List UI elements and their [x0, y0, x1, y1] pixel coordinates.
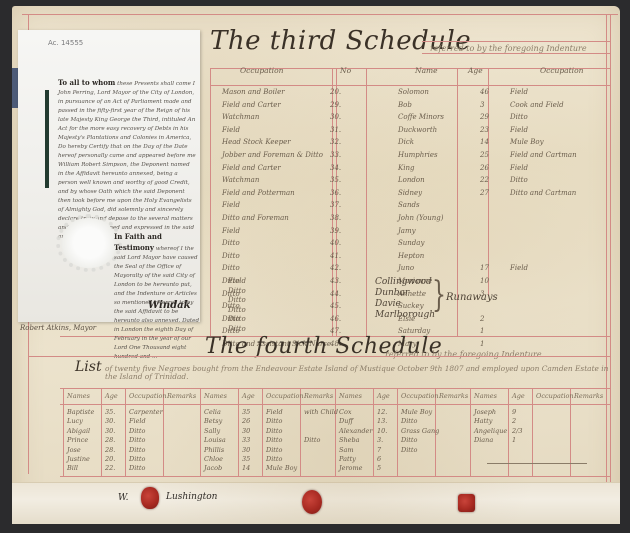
cell-name: Cox [339, 408, 352, 416]
testimony-heading: In Faith and Testimony [114, 232, 162, 252]
cell-age: 3 [480, 101, 484, 109]
ruling-line [422, 41, 610, 42]
wax-seal-center [302, 490, 322, 514]
cell-age: 30. [105, 427, 115, 435]
cell-occupation: Watchman [222, 113, 259, 121]
column-header: Names [204, 392, 227, 400]
ruling-line [200, 388, 201, 476]
cell-name: Duckworth [398, 126, 437, 134]
embossed-paper-seal [60, 218, 118, 268]
cell-number: 46. [330, 315, 341, 323]
cell-occupation: Field [222, 126, 240, 134]
cell-number: 43. [330, 277, 341, 285]
cell-name: Sunday [398, 239, 424, 247]
cell-name: Sally [204, 427, 220, 435]
cell-name: Bill [67, 464, 78, 472]
cell-name: Jerome [339, 464, 362, 472]
closing-line [487, 463, 587, 464]
table-row: Jobber and Foreman & Ditto33.Humphries25… [210, 151, 608, 164]
column-header: Occupation [129, 392, 167, 400]
ruling-line [300, 388, 301, 476]
cell-age: 20. [105, 455, 115, 463]
cell-occupation: Grass Gang [401, 427, 439, 435]
cell-age: 28. [105, 436, 115, 444]
ruling-line [63, 388, 64, 476]
runaway-name: Davie [375, 299, 435, 310]
cell-occupation-2: Ditto and Cartman [510, 189, 576, 197]
ruling-line [28, 356, 610, 357]
cell-name: Juno [398, 264, 414, 272]
attached-certificate: Ac. 14555 To all to whom these Presents … [18, 30, 200, 322]
cell-name: Sidney [398, 189, 422, 197]
fourth-schedule-subtitle: referred to by the foregoing Indenture [385, 350, 542, 359]
ruling-line [606, 388, 607, 476]
runaways-label: Runaways [446, 292, 498, 303]
ruling-line [422, 53, 610, 54]
cell-occupation: Ditto [222, 264, 240, 272]
cell-number: 29. [330, 101, 341, 109]
cell-occupation-2: Field [510, 88, 528, 96]
cell-age: 2 [480, 315, 484, 323]
column-header: Remarks [574, 392, 603, 400]
cell-name: Alexander [339, 427, 372, 435]
runaway-name: Marlborough [375, 310, 435, 321]
cell-occupation: Ditto [222, 252, 240, 260]
cell-name: Jacob [204, 464, 222, 472]
column-header-number: No [340, 66, 351, 82]
extra-occupation: Ditto [228, 306, 246, 314]
cell-age: 25 [480, 151, 489, 159]
cell-name: King [398, 164, 414, 172]
table-row: Head Stock Keeper32.Dick14Mule Boy [210, 138, 608, 151]
cell-name: Dick [398, 138, 414, 146]
cell-occupation: Ditto [129, 446, 145, 454]
cell-remarks: with Child [304, 408, 338, 416]
cell-occupation: Ditto [266, 455, 282, 463]
table-row: Field31.Duckworth23Field [210, 126, 608, 139]
cell-name: Patty [339, 455, 356, 463]
cell-name: Sands [398, 201, 420, 209]
cell-name: Hatty [474, 417, 492, 425]
cell-age: 7 [377, 446, 381, 454]
cell-occupation: Mason and Boiler [222, 88, 285, 96]
cell-age: 30. [105, 417, 115, 425]
column-header: Names [474, 392, 497, 400]
cell-age: 23 [480, 126, 489, 134]
cell-number: 35. [330, 176, 341, 184]
cell-number: 36. [330, 189, 341, 197]
wax-seal-left [141, 487, 159, 509]
signature-lushington: Lushington [166, 492, 217, 502]
cell-number: 20. [330, 88, 341, 96]
cell-occupation: Ditto [266, 427, 282, 435]
cell-name: Celia [204, 408, 221, 416]
cell-occupation: Mule Boy [266, 464, 297, 472]
cell-age: 14 [242, 464, 250, 472]
ruling-line [470, 388, 471, 476]
cell-age: 27 [480, 189, 489, 197]
column-header-name: Name [415, 66, 438, 82]
cell-age: 6 [377, 455, 381, 463]
extra-occupation: Ditto [228, 287, 246, 295]
cell-number: 42. [330, 264, 341, 272]
ruling-line [125, 388, 126, 476]
certificate-opening: To all to whom [58, 78, 115, 87]
ruling-line [60, 476, 610, 477]
column-header-occupation-2: Occupation [540, 66, 583, 82]
cell-number: 37. [330, 201, 341, 209]
cell-name: Coffe Minors [398, 113, 444, 121]
column-header: Age [242, 392, 255, 400]
ruling-line [238, 388, 239, 476]
table-row: Field39.Jamy [210, 227, 608, 240]
cell-age: 17 [480, 264, 489, 272]
cell-name: London [398, 176, 425, 184]
cell-name: Jamy [398, 227, 416, 235]
cell-age: 30 [242, 427, 250, 435]
cell-age: 26 [480, 164, 489, 172]
column-header: Age [512, 392, 525, 400]
cell-occupation: Ditto [129, 436, 145, 444]
cell-occupation-2: Field [510, 264, 528, 272]
cell-occupation: Ditto [129, 455, 145, 463]
cell-name: Sam [339, 446, 354, 454]
runaway-name: Dunbar [375, 288, 435, 299]
cell-number: 34. [330, 164, 341, 172]
column-header: Remarks [439, 392, 468, 400]
list-heading: List [75, 359, 102, 375]
column-header: Names [67, 392, 90, 400]
cell-occupation: Mule Boy [401, 408, 432, 416]
cell-age: 22 [480, 176, 489, 184]
certificate-footer-signature: Robert Atkins, Mayor [20, 324, 96, 332]
cell-age: 2/3 [512, 427, 522, 435]
cell-occupation: Ditto [129, 427, 145, 435]
cell-number: 31. [330, 126, 341, 134]
cell-name: John (Young) [398, 214, 443, 222]
cell-number: 39. [330, 227, 341, 235]
column-header-age: Age [468, 66, 483, 82]
cell-name: Hepton [398, 252, 424, 260]
third-schedule-subtitle: referred to by the foregoing Indenture [430, 44, 587, 53]
cell-occupation: Field and Carter [222, 101, 281, 109]
cell-age: 14 [480, 138, 489, 146]
cell-age: 12. [377, 408, 387, 416]
cell-age: 1 [512, 436, 516, 444]
cell-age: 1 [480, 340, 484, 348]
cell-occupation: Field [266, 408, 283, 416]
cell-age: 1 [480, 327, 484, 335]
cell-occupation: Ditto [266, 446, 282, 454]
column-header-occupation: Occupation [240, 66, 283, 82]
cell-name: Chloe [204, 455, 223, 463]
cell-occupation-2: Ditto [510, 113, 528, 121]
cell-occupation: Field [222, 201, 240, 209]
cell-occupation: Jobber and Foreman & Ditto [222, 151, 323, 159]
table-row: Ditto and Foreman38.John (Young) [210, 214, 608, 227]
cell-remarks: Ditto [304, 436, 320, 444]
cell-name: Abigail [67, 427, 90, 435]
cell-age: 9 [512, 408, 516, 416]
cell-occupation: Watchman [222, 176, 259, 184]
table-row: Ditto42.Juno17Field [210, 264, 608, 277]
list-description: of twenty five Negroes bought from the E… [105, 365, 615, 381]
cell-name: Baptiste [67, 408, 94, 416]
cell-name: Solomon [398, 88, 429, 96]
cell-name: Angelique [474, 427, 507, 435]
column-header: Occupation [266, 392, 304, 400]
ruling-line [397, 388, 398, 476]
table-row: Mason and Boiler20.Solomon46Field [210, 88, 608, 101]
cell-occupation: Ditto and Foreman [222, 214, 289, 222]
column-header: Occupation [401, 392, 439, 400]
cell-name: Lucy [67, 417, 83, 425]
cell-name: Joseph [474, 408, 496, 416]
cell-name: Phillis [204, 446, 224, 454]
cell-age: 29 [480, 113, 489, 121]
cell-occupation: Ditto [266, 417, 282, 425]
table-row: Field and Carter29.Bob3Cook and Field [210, 101, 608, 114]
cell-occupation: Field and Potterman [222, 189, 295, 197]
cell-number: 44. [330, 290, 341, 298]
mayor-signature: Windak [148, 300, 191, 311]
cell-occupation: Field [222, 227, 240, 235]
cell-occupation: Field and Carter [222, 164, 281, 172]
table-row: Ditto40.Sunday [210, 239, 608, 252]
runaway-names: CollingwoodDunbarDavieMarlborough [375, 277, 435, 321]
column-header: Occupation [536, 392, 574, 400]
cell-number: 32. [330, 138, 341, 146]
cell-name: Louisa [204, 436, 226, 444]
cell-occupation: Carpenter [129, 408, 163, 416]
cell-name: Diana [474, 436, 493, 444]
cell-age: 26 [242, 417, 250, 425]
column-header: Age [377, 392, 390, 400]
cell-name: Duff [339, 417, 353, 425]
cell-age: 13. [377, 417, 387, 425]
cell-age: 30 [242, 446, 250, 454]
column-header: Names [339, 392, 362, 400]
cell-number: 33. [330, 151, 341, 159]
column-header: Remarks [304, 392, 333, 400]
brace: } [432, 276, 446, 316]
accession-number: Ac. 14555 [48, 39, 83, 47]
cell-age: 28. [105, 446, 115, 454]
cell-name: Bob [398, 101, 412, 109]
cell-name: Sheba [339, 436, 360, 444]
cell-occupation-2: Cook and Field [510, 101, 564, 109]
cell-age: 35 [242, 408, 250, 416]
extra-occupation: Field [228, 277, 246, 285]
table-row: Ditto41.Hepton [210, 252, 608, 265]
extra-occupation: Ditto [228, 296, 246, 304]
testimony-block: In Faith and Testimony whereof I the sai… [114, 232, 200, 362]
cell-occupation-2: Mule Boy [510, 138, 544, 146]
ruling-line [373, 388, 374, 476]
table-row: Watchman35.London22Ditto [210, 176, 608, 189]
cell-age: 35 [242, 455, 250, 463]
cell-number: 30. [330, 113, 341, 121]
table-row: Field and Carter34.King26Field [210, 164, 608, 177]
cell-age: 3. [377, 436, 383, 444]
cell-occupation-2: Field and Cartman [510, 151, 577, 159]
cell-age: 5 [377, 464, 381, 472]
column-header: Age [105, 392, 118, 400]
cell-name: Justine [67, 455, 90, 463]
cell-name: Prince [67, 436, 88, 444]
cell-age: 22. [105, 464, 115, 472]
cell-occupation-2: Field [510, 126, 528, 134]
cell-age: 33 [242, 436, 250, 444]
cell-number: 40. [330, 239, 341, 247]
cell-occupation: Ditto [401, 446, 417, 454]
ruling-line [610, 14, 611, 482]
cell-number: 45. [330, 302, 341, 310]
extra-occupation: Ditto [228, 325, 246, 333]
column-header: Remarks [167, 392, 196, 400]
cell-name: Humphries [398, 151, 438, 159]
cell-age: 46 [480, 88, 489, 96]
ruling-line [335, 388, 336, 476]
ruling-line [22, 14, 618, 15]
cell-age: 10. [377, 427, 387, 435]
ruling-line [101, 388, 102, 476]
cell-name: Jose [67, 446, 81, 454]
cell-occupation: Field [129, 417, 146, 425]
signature-initial: W. [118, 493, 129, 503]
runaway-name: Collingwood [375, 277, 435, 288]
green-ribbon [45, 90, 49, 188]
cell-occupation-2: Ditto [510, 176, 528, 184]
cell-age: 2 [512, 417, 516, 425]
cell-name: Betsy [204, 417, 222, 425]
cell-number: 38. [330, 214, 341, 222]
cell-occupation: Head Stock Keeper [222, 138, 291, 146]
cell-occupation: Ditto [401, 436, 417, 444]
table-row: Field37.Sands [210, 201, 608, 214]
cell-occupation: Ditto [222, 239, 240, 247]
cell-number: 41. [330, 252, 341, 260]
ruling-line [210, 85, 610, 86]
ruling-line [262, 388, 263, 476]
table-row: Watchman30.Coffe Minors29Ditto [210, 113, 608, 126]
cell-occupation: Ditto [401, 417, 417, 425]
cell-occupation: Ditto [129, 464, 145, 472]
cell-age: 10 [480, 277, 489, 285]
wax-seal-right [458, 494, 475, 512]
cell-occupation: Ditto [266, 436, 282, 444]
cell-occupation-2: Field [510, 164, 528, 172]
extra-occupation: Ditto [228, 315, 246, 323]
cell-age: 35. [105, 408, 115, 416]
table-row: Field and Potterman36.Sidney27Ditto and … [210, 189, 608, 202]
ruling-line [163, 388, 164, 476]
